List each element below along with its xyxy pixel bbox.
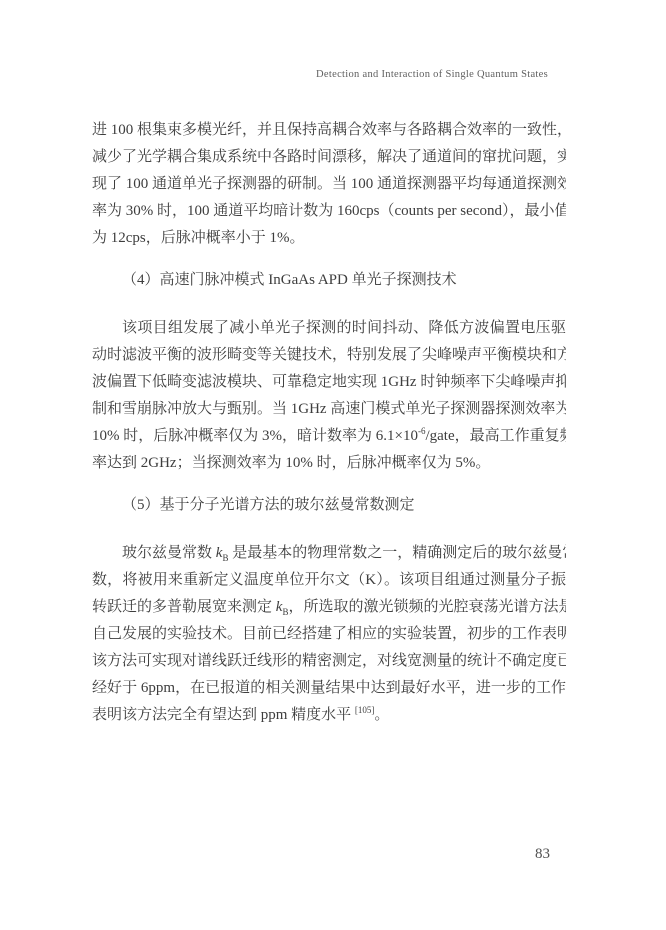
text-line: 进 100 根集束多模光纤，并且保持高耦合效率与各路耦合效率的一致性， xyxy=(92,117,566,144)
text-segment: 转跃迁的多普勒展宽来测定 xyxy=(92,599,276,615)
text-segment: /gate，最高工作重复频 xyxy=(425,428,566,444)
text-line: 率为 30% 时，100 通道平均暗计数为 160cps（counts per … xyxy=(92,198,566,225)
text-line: 表明该方法完全有望达到 ppm 精度水平 [105]。 xyxy=(92,702,566,729)
page-number: 83 xyxy=(535,846,550,863)
text-line: 现了 100 通道单光子探测器的研制。当 100 通道探测器平均每通道探测效 xyxy=(92,171,566,198)
text-line: 玻尔兹曼常数 kB 是最基本的物理常数之一，精确测定后的玻尔兹曼常 xyxy=(92,540,566,567)
text-line: 数，将被用来重新定义温度单位开尔文（K）。该项目组通过测量分子振 xyxy=(92,567,566,594)
paragraph: 玻尔兹曼常数 kB 是最基本的物理常数之一，精确测定后的玻尔兹曼常 数，将被用来… xyxy=(92,540,566,729)
text-line: 为 12cps，后脉冲概率小于 1%。 xyxy=(92,225,566,252)
text-line: 自己发展的实验技术。目前已经搭建了相应的实验装置，初步的工作表明， xyxy=(92,621,566,648)
section-heading-4: （4）高速门脉冲模式 InGaAs APD 单光子探测技术 xyxy=(92,267,566,294)
paragraph: 进 100 根集束多模光纤，并且保持高耦合效率与各路耦合效率的一致性， 减少了光… xyxy=(92,117,566,252)
document-page: Detection and Interaction of Single Quan… xyxy=(0,0,666,930)
text-segment: 表明该方法完全有望达到 ppm 精度水平 xyxy=(92,707,355,723)
text-segment: 玻尔兹曼常数 xyxy=(122,545,216,561)
text-line: 减少了光学耦合集成系统中各路时间漂移，解决了通道间的窜扰问题，实 xyxy=(92,144,566,171)
text-segment: 。 xyxy=(374,707,389,723)
page-body: 进 100 根集束多模光纤，并且保持高耦合效率与各路耦合效率的一致性， 减少了光… xyxy=(92,117,566,729)
text-line: 该项目组发展了减小单光子探测的时间抖动、降低方波偏置电压驱 xyxy=(92,315,566,342)
text-segment: 是最基本的物理常数之一，精确测定后的玻尔兹曼常 xyxy=(228,545,566,561)
running-header: Detection and Interaction of Single Quan… xyxy=(316,69,548,80)
text-line: 波偏置下低畸变滤波模块、可靠稳定地实现 1GHz 时钟频率下尖峰噪声抑 xyxy=(92,369,566,396)
text-segment: 10% 时，后脉冲概率仅为 3%，暗计数率为 6.1×10 xyxy=(92,428,418,444)
section-heading-5: （5）基于分子光谱方法的玻尔兹曼常数测定 xyxy=(92,492,566,519)
text-line: 制和雪崩脉冲放大与甄别。当 1GHz 高速门模式单光子探测器探测效率为 xyxy=(92,396,566,423)
text-line: 10% 时，后脉冲概率仅为 3%，暗计数率为 6.1×10-6/gate，最高工… xyxy=(92,423,566,450)
text-line: 该方法可实现对谱线跃迁线形的精密测定，对线宽测量的统计不确定度已 xyxy=(92,648,566,675)
text-segment: ，所选取的激光锁频的光腔衰荡光谱方法是 xyxy=(288,599,566,615)
text-line: 经好于 6ppm，在已报道的相关测量结果中达到最好水平，进一步的工作 xyxy=(92,675,566,702)
paragraph: 该项目组发展了减小单光子探测的时间抖动、降低方波偏置电压驱 动时滤波平衡的波形畸… xyxy=(92,315,566,477)
citation-reference: [105] xyxy=(355,705,375,715)
text-line: 转跃迁的多普勒展宽来测定 kB，所选取的激光锁频的光腔衰荡光谱方法是 xyxy=(92,594,566,621)
text-line: 率达到 2GHz；当探测效率为 10% 时，后脉冲概率仅为 5%。 xyxy=(92,450,566,477)
text-line: 动时滤波平衡的波形畸变等关键技术，特别发展了尖峰噪声平衡模块和方 xyxy=(92,342,566,369)
